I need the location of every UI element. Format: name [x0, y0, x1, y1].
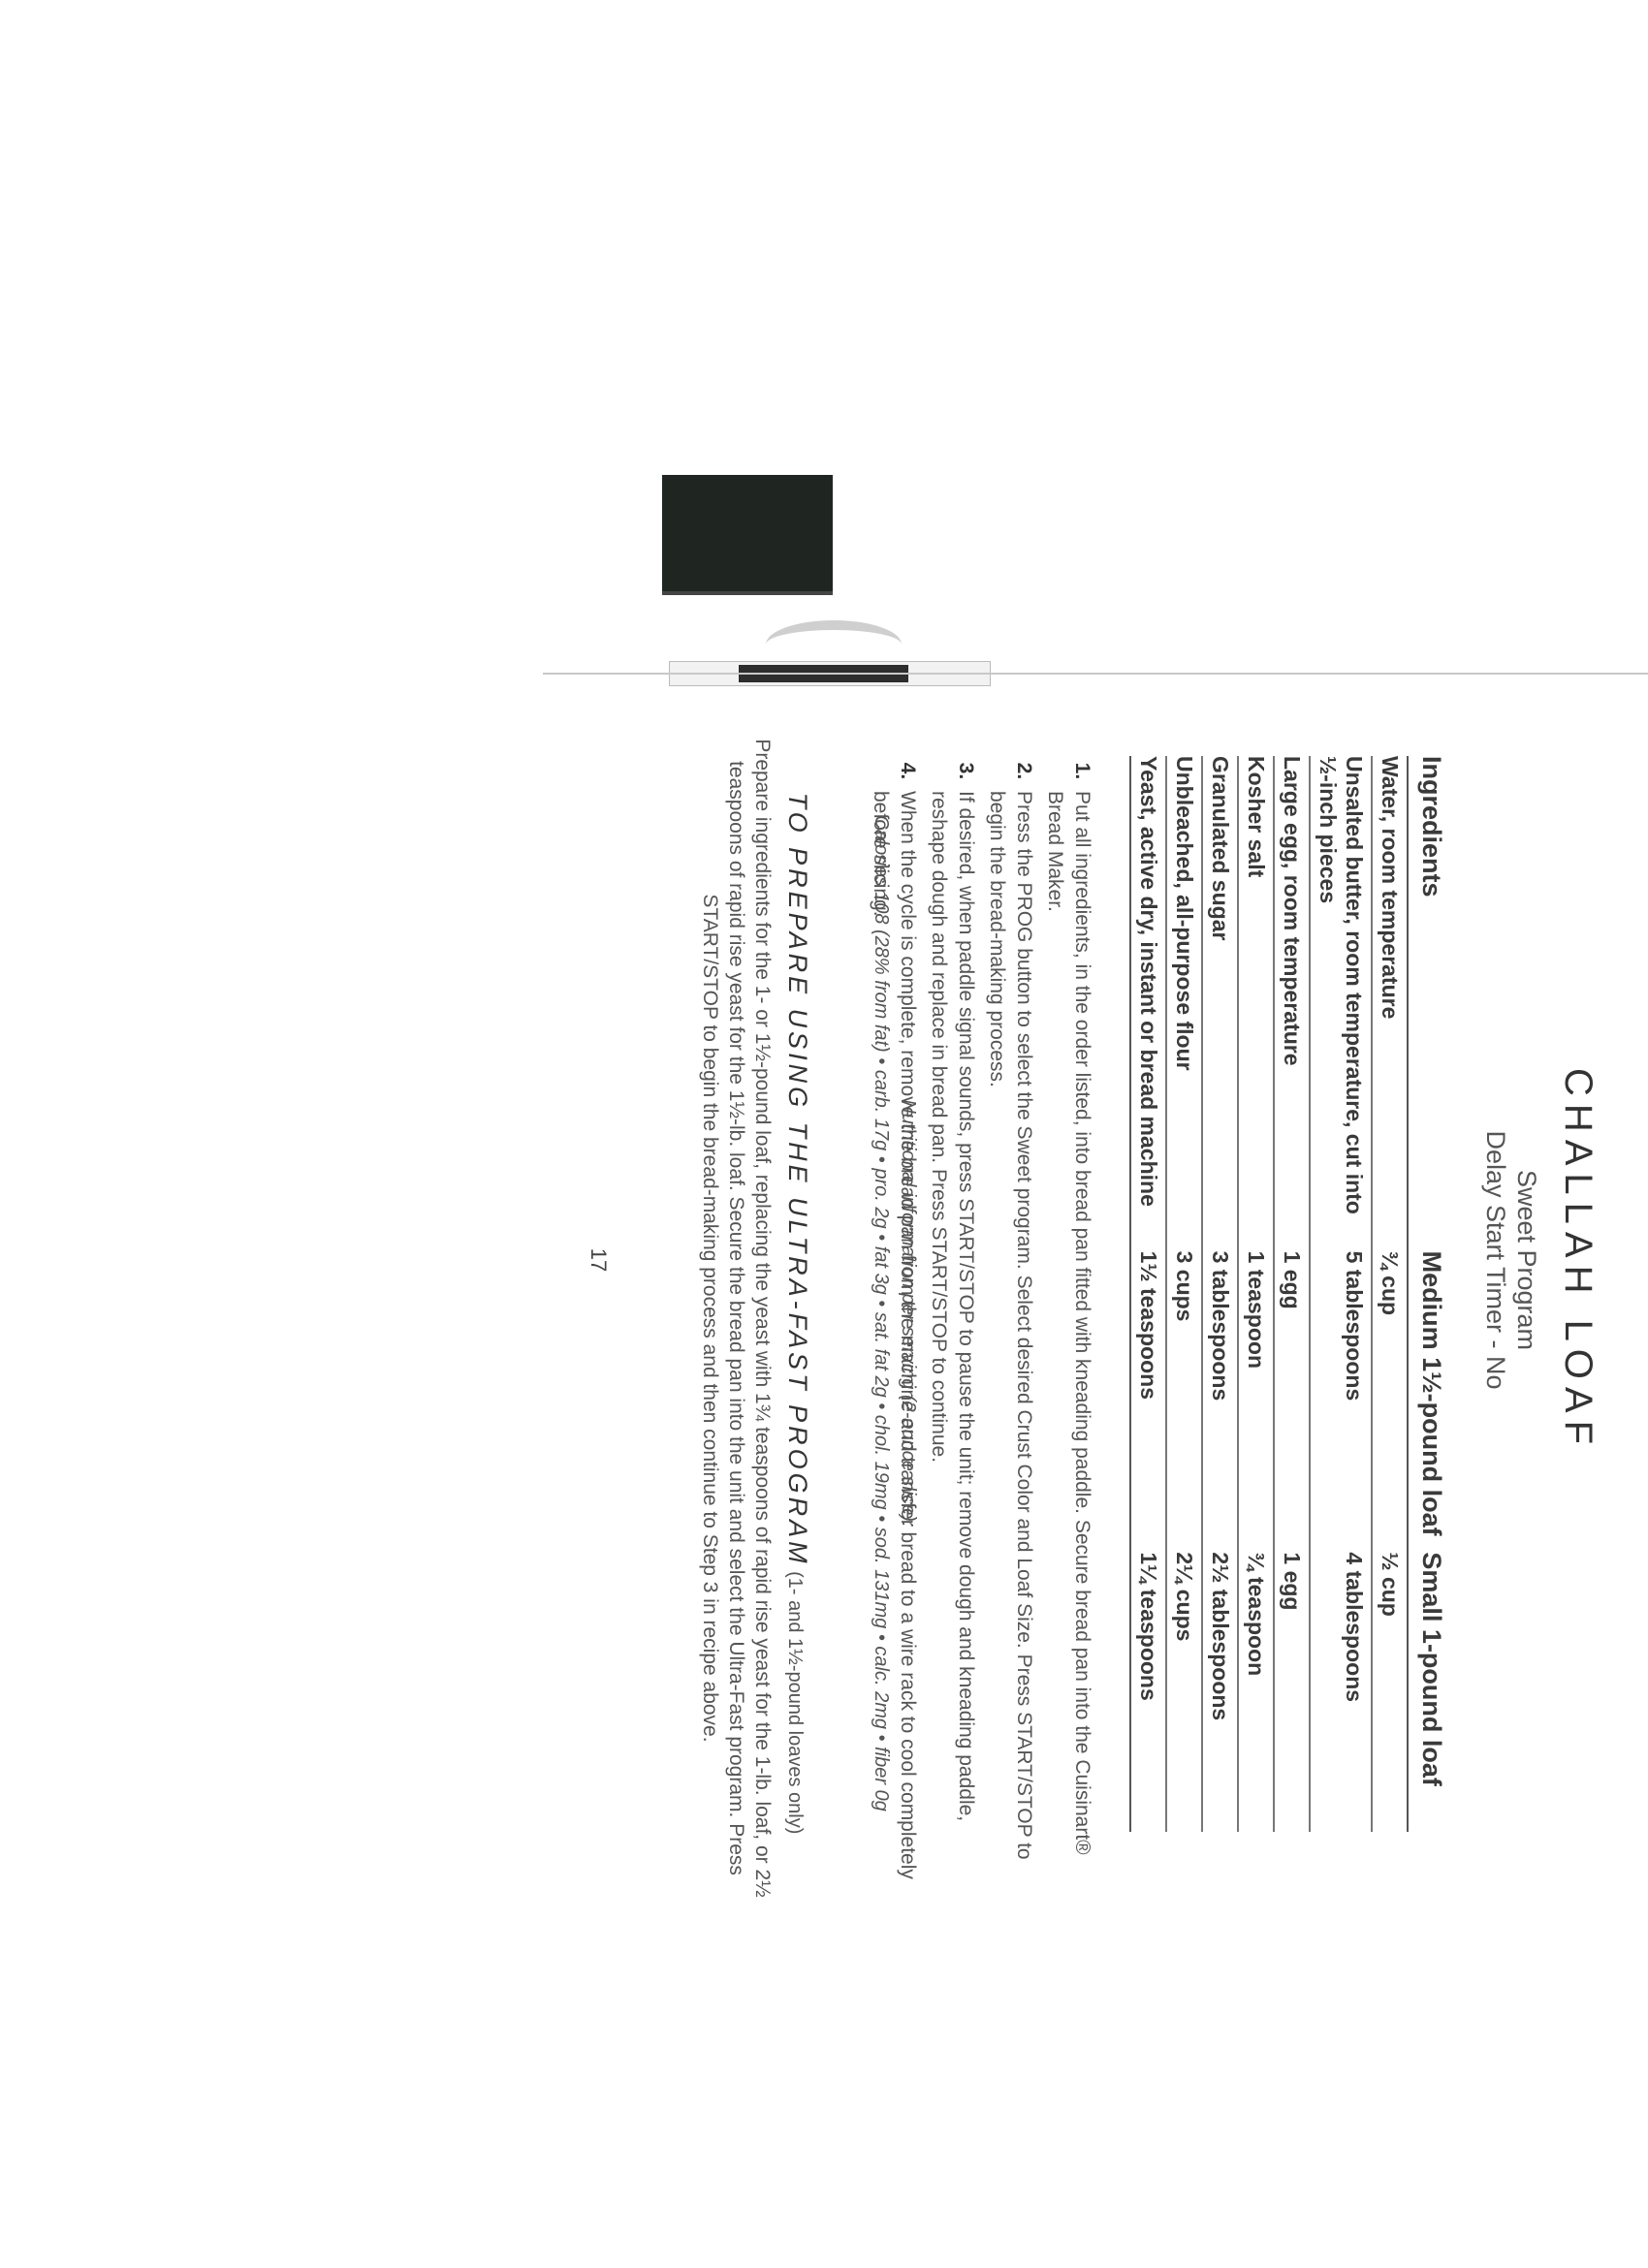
table-row: Large egg, room temperature1 egg1 egg — [1274, 756, 1310, 1832]
table-row: Yeast, active dry, instant or bread mach… — [1130, 756, 1166, 1832]
small-amount-cell: 2½ tablespoons — [1202, 1552, 1238, 1832]
step-2: Press the PROG button to select the Swee… — [983, 785, 1037, 1900]
medium-amount-cell: 5 tablespoons — [1310, 1251, 1372, 1553]
table-header-row: Ingredients Medium 1½-pound loaf Small 1… — [1408, 756, 1454, 1832]
small-amount-cell: 1 egg — [1274, 1552, 1310, 1832]
header-medium-loaf: Medium 1½-pound loaf — [1408, 1251, 1454, 1553]
small-amount-cell: ¾ teaspoon — [1238, 1552, 1274, 1832]
medium-amount-cell: 3 cups — [1166, 1251, 1202, 1553]
nutrition-values: Calories 108 (28% from fat) • carb. 17g … — [870, 756, 892, 1871]
program-label: Sweet Program — [1511, 310, 1541, 2210]
table-row: Unsalted butter, room temperature, cut i… — [1310, 756, 1372, 1832]
small-amount-cell: 4 tablespoons — [1310, 1552, 1372, 1832]
step-1: Put all ingredients, in the order listed… — [1041, 785, 1095, 1900]
ingredient-cell: Unbleached, all-purpose flour — [1166, 756, 1202, 1251]
recipe-page: CHALLAH LOAF Sweet Program Delay Start T… — [572, 310, 1600, 2210]
step-3: If desired, when paddle signal sounds, p… — [925, 785, 979, 1900]
table-row: Water, room temperature¾ cup½ cup — [1372, 756, 1408, 1832]
small-amount-cell: 2¼ cups — [1166, 1552, 1202, 1832]
header-ingredients: Ingredients — [1408, 756, 1454, 1251]
medium-amount-cell: 1½ teaspoons — [1130, 1251, 1166, 1553]
ingredients-table: Ingredients Medium 1½-pound loaf Small 1… — [1129, 756, 1454, 1832]
small-amount-cell: ½ cup — [1372, 1552, 1408, 1832]
table-row: Granulated sugar3 tablespoons2½ tablespo… — [1202, 756, 1238, 1832]
delay-timer-label: Delay Start Timer - No — [1480, 310, 1510, 2210]
ingredient-cell: Water, room temperature — [1372, 756, 1408, 1251]
ultra-fast-title: TO PREPARE USING THE ULTRA-FAST PROGRAM — [783, 793, 812, 1567]
table-row: Kosher salt1 teaspoon¾ teaspoon — [1238, 756, 1274, 1832]
ingredient-cell: Unsalted butter, room temperature, cut i… — [1310, 756, 1372, 1251]
page-number: 17 — [586, 310, 611, 2210]
nutrition-heading: Nutritional information per serving (2-o… — [897, 756, 919, 1871]
ingredient-cell: Kosher salt — [1238, 756, 1274, 1251]
table-row: Unbleached, all-purpose flour3 cups2¼ cu… — [1166, 756, 1202, 1832]
small-amount-cell: 1¼ teaspoons — [1130, 1552, 1166, 1832]
ingredient-cell: Large egg, room temperature — [1274, 756, 1310, 1251]
medium-amount-cell: ¾ cup — [1372, 1251, 1408, 1553]
ultra-fast-heading: TO PREPARE USING THE ULTRA-FAST PROGRAM … — [782, 756, 812, 1871]
medium-amount-cell: 3 tablespoons — [1202, 1251, 1238, 1553]
medium-amount-cell: 1 egg — [1274, 1251, 1310, 1553]
ingredient-cell: Granulated sugar — [1202, 756, 1238, 1251]
medium-amount-cell: 1 teaspoon — [1238, 1251, 1274, 1553]
ultra-fast-body: Prepare ingredients for the 1- or 1½-pou… — [697, 737, 776, 1900]
ingredient-cell: Yeast, active dry, instant or bread mach… — [1130, 756, 1166, 1251]
header-small-loaf: Small 1-pound loaf — [1408, 1552, 1454, 1832]
recipe-title: CHALLAH LOAF — [1556, 310, 1600, 2210]
ultra-fast-note: (1- and 1½-pound loaves only) — [784, 1571, 806, 1834]
